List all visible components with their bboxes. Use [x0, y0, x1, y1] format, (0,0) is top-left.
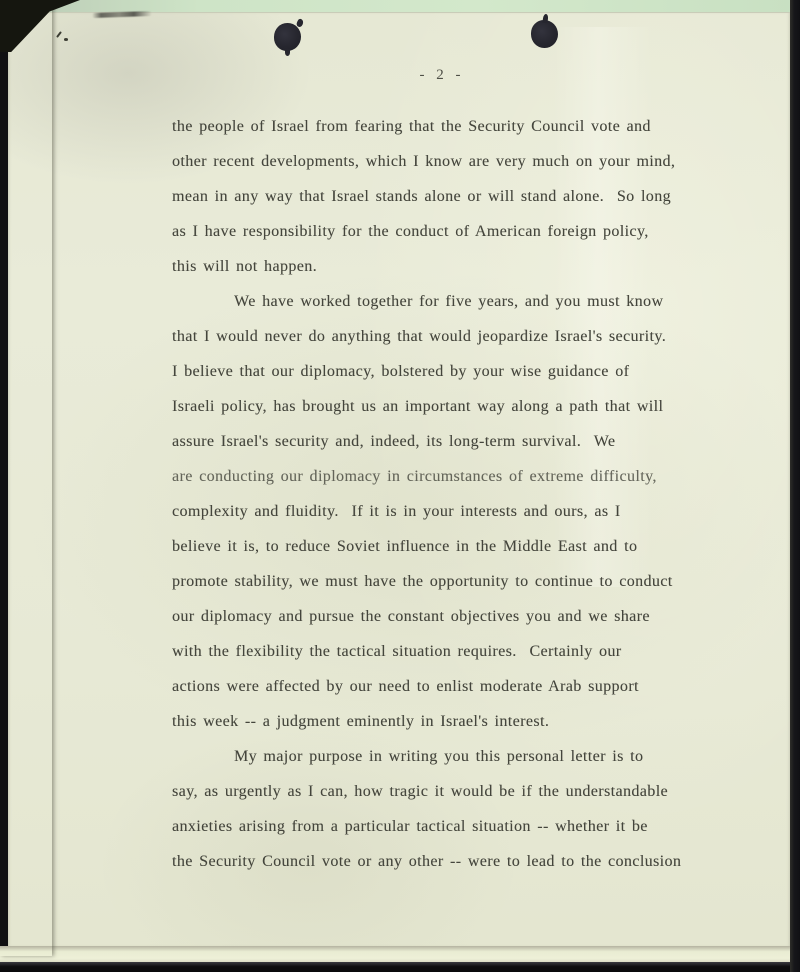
text-line: this week -- a judgment eminently in Isr… [172, 704, 752, 739]
text-line: complexity and fluidity. If it is in you… [172, 494, 752, 529]
page-number: - 2 - [0, 67, 800, 84]
text-line: believe it is, to reduce Soviet influenc… [172, 529, 752, 564]
text-line: are conducting our diplomacy in circumst… [172, 459, 752, 494]
hole-punch-ink-left [274, 23, 301, 51]
text-line: Israeli policy, has brought us an import… [172, 389, 752, 424]
text-line: anxieties arising from a particular tact… [172, 809, 752, 844]
text-line: that I would never do anything that woul… [172, 319, 752, 354]
pencil-mark [56, 30, 72, 44]
text-line: our diplomacy and pursue the constant ob… [172, 599, 752, 634]
scanned-letter-page: - 2 - the people of Israel from fearing … [0, 0, 800, 972]
text-line: as I have responsibility for the conduct… [172, 214, 752, 249]
text-line: We have worked together for five years, … [172, 284, 752, 319]
text-line: the Security Council vote or any other -… [172, 844, 752, 879]
text-body: the people of Israel from fearing that t… [172, 109, 752, 879]
text-line: the people of Israel from fearing that t… [172, 109, 752, 144]
text-line: promote stability, we must have the oppo… [172, 564, 752, 599]
left-binding-band [0, 0, 52, 956]
text-line: actions were affected by our need to enl… [172, 669, 752, 704]
text-line: say, as urgently as I can, how tragic it… [172, 774, 752, 809]
text-line: I believe that our diplomacy, bolstered … [172, 354, 752, 389]
scan-right-edge [790, 0, 800, 972]
text-line: mean in any way that Israel stands alone… [172, 179, 752, 214]
text-line: this will not happen. [172, 249, 752, 284]
text-line: My major purpose in writing you this per… [172, 739, 752, 774]
text-line: assure Israel's security and, indeed, it… [172, 424, 752, 459]
text-line: with the flexibility the tactical situat… [172, 634, 752, 669]
hole-punch-ink-right [531, 20, 558, 48]
text-line: other recent developments, which I know … [172, 144, 752, 179]
scan-bottom-edge [0, 962, 800, 972]
